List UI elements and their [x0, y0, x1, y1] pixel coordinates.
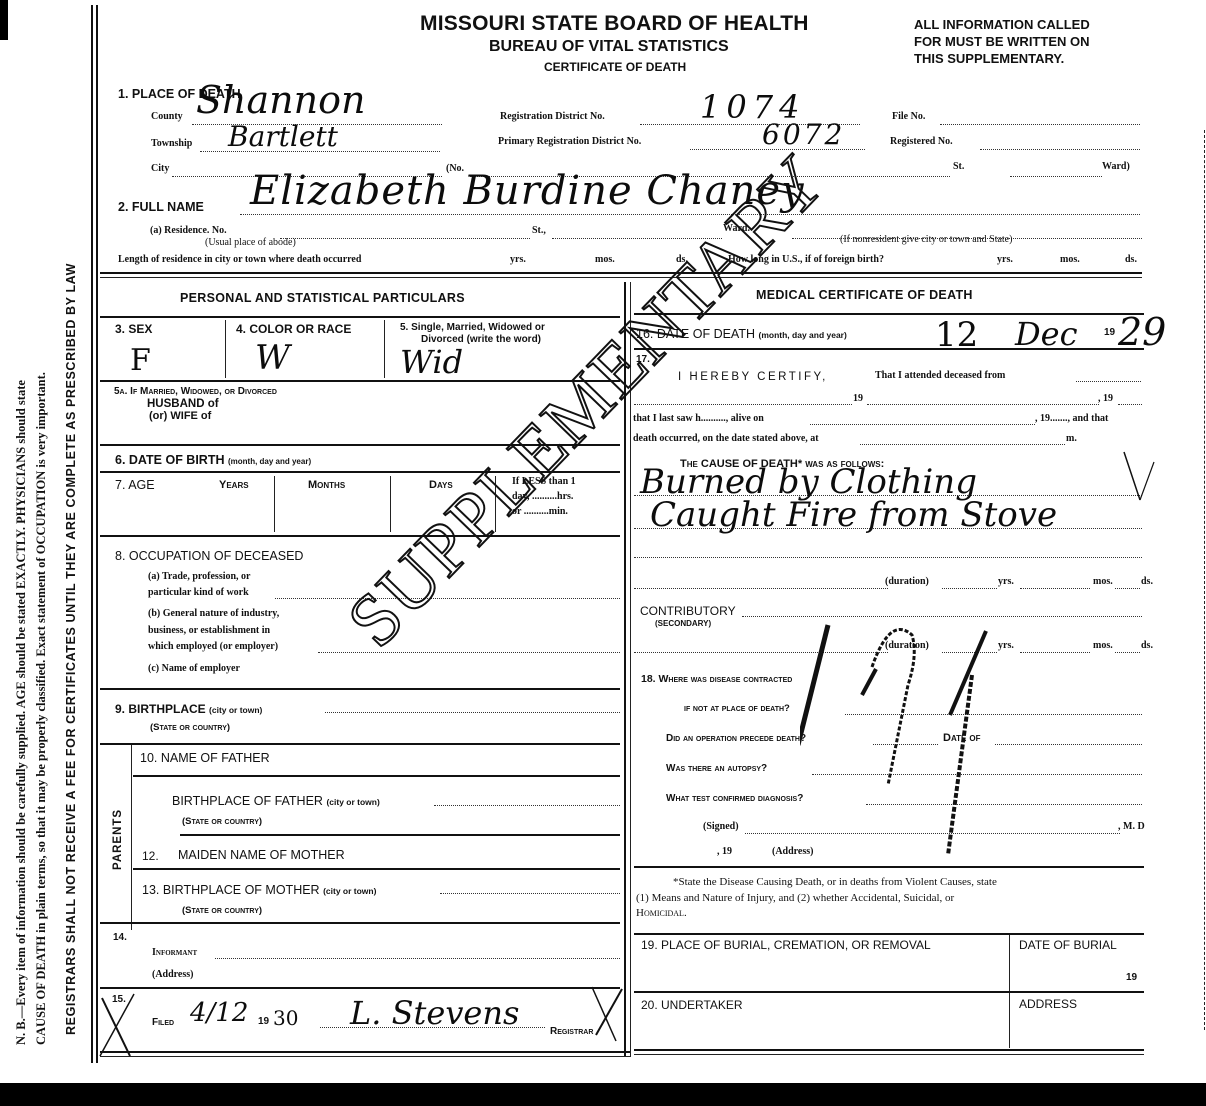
- informant-address-label: (Address): [152, 969, 193, 980]
- race-marital-divider: [384, 320, 385, 378]
- father-birthplace-line: [434, 805, 620, 806]
- length-mos: mos.: [595, 254, 615, 265]
- contributory-label: CONTRIBUTORY: [640, 604, 736, 618]
- occ-b-2: business, or establishment in: [148, 625, 270, 636]
- notice-line-3: THIS SUPPLEMENTARY.: [914, 50, 1090, 67]
- cause-mos: mos.: [1093, 576, 1113, 587]
- medical-divider-5: [634, 991, 1144, 993]
- medical-divider-3: [634, 866, 1144, 868]
- city-label: City: [151, 163, 169, 174]
- medical-divider-7: [634, 1054, 1144, 1055]
- personal-divider-5: [100, 535, 620, 537]
- birthplace-state-label: (State or country): [150, 722, 230, 733]
- residence-line: [280, 238, 530, 239]
- registered-no-line: [980, 149, 1140, 150]
- cause-yrs-line: [942, 588, 997, 589]
- mother-name-num: 12.: [142, 849, 159, 863]
- reg-district-label: Registration District No.: [500, 111, 605, 122]
- cause-value-2[interactable]: Caught Fire from Stove: [650, 495, 1057, 535]
- personal-divider-1: [100, 316, 620, 318]
- contributory-yrs: yrs.: [998, 640, 1014, 651]
- mother-name-label: MAIDEN NAME OF MOTHER: [178, 848, 345, 862]
- scan-edge-mark: [0, 0, 8, 40]
- file-no-line: [940, 124, 1140, 125]
- mother-birthplace-line: [440, 893, 620, 894]
- filed-date-value[interactable]: 4/12: [190, 998, 248, 1028]
- personal-divider-8: [100, 922, 620, 924]
- contracted-label: 18. Where was disease contracted: [641, 673, 792, 685]
- personal-divider-6: [100, 688, 620, 690]
- parents-divider-2: [180, 834, 620, 836]
- x-mark-left-icon: [98, 990, 140, 1060]
- certify-line-4: [1118, 404, 1142, 405]
- months-label: Months: [308, 479, 345, 491]
- signed-label: (Signed): [703, 821, 739, 832]
- certify-text-4: death occurred, on the date stated above…: [633, 433, 819, 444]
- medical-divider-4: [634, 933, 1144, 935]
- contributory-ds-line: [1115, 652, 1140, 653]
- county-value[interactable]: Shannon: [196, 78, 365, 122]
- cause-line-3: [634, 557, 1142, 558]
- informant-num: 14.: [113, 932, 127, 943]
- age-label: 7. AGE: [115, 478, 155, 492]
- registrar-signature: L. Stevens: [350, 994, 519, 1032]
- burial-date-label: DATE OF BURIAL: [1019, 938, 1117, 952]
- md-label: , M. D: [1118, 821, 1145, 832]
- years-label: Years: [219, 479, 249, 491]
- spouse-label-2: HUSBAND of: [147, 398, 219, 410]
- filed-year-prefix: 19: [258, 1016, 269, 1027]
- residence-sub-label: (Usual place of abode): [205, 237, 296, 248]
- certify-line-1: [1076, 381, 1141, 382]
- age-divider-2: [390, 476, 391, 532]
- personal-divider-10: [100, 1051, 630, 1053]
- birthplace-label: 9. BIRTHPLACE (city or town): [115, 702, 262, 716]
- burial-label: 19. PLACE OF BURIAL, CREMATION, OR REMOV…: [641, 938, 931, 952]
- header-divider-1: [100, 272, 1142, 274]
- undertaker-address-label: ADDRESS: [1019, 997, 1077, 1011]
- autopsy-label: Was there an autopsy?: [666, 763, 767, 774]
- dod-year-prefix: 19: [1104, 327, 1115, 338]
- certify-year-1: 19: [853, 393, 863, 404]
- marital-label-1: 5. Single, Married, Widowed or: [400, 322, 545, 333]
- cause-duration-label: (duration): [885, 576, 929, 587]
- residence-st-label: St.,: [532, 225, 546, 236]
- cause-yrs: yrs.: [998, 576, 1014, 587]
- race-label: 4. COLOR OR RACE: [236, 322, 351, 336]
- footnote-line-3: Homicidal.: [636, 906, 1151, 922]
- spouse-label-1: 5a. If Married, Widowed, or Divorced: [114, 386, 277, 397]
- personal-divider-9: [100, 987, 620, 989]
- occ-c: (c) Name of employer: [148, 663, 240, 674]
- file-no-label: File No.: [892, 111, 925, 122]
- check-mark-icon: [1118, 450, 1158, 520]
- notice-line-1: ALL INFORMATION CALLED: [914, 16, 1090, 33]
- city-st-label: St.: [953, 161, 964, 172]
- cause-ds-line: [1115, 588, 1140, 589]
- father-birthplace-label: BIRTHPLACE OF FATHER (city or town): [172, 794, 380, 808]
- foreign-ds: ds.: [1125, 254, 1137, 265]
- certify-line-2: [634, 404, 852, 405]
- certify-text-2: that I last saw h.........., alive on: [633, 413, 764, 424]
- marital-value[interactable]: Wid: [400, 343, 463, 381]
- cause-mos-line: [1020, 588, 1090, 589]
- cause-duration-line: [634, 588, 888, 589]
- full-name-label: 2. FULL NAME: [118, 200, 204, 214]
- registered-no-label: Registered No.: [890, 136, 953, 147]
- personal-divider-7: [100, 743, 620, 745]
- margin-note-line-3: REGISTRARS SHALL NOT RECEIVE A FEE FOR C…: [64, 35, 78, 1035]
- contributory-sub: (SECONDARY): [655, 619, 711, 628]
- certify-line-5: [810, 424, 1035, 425]
- header-divider-2: [100, 277, 1142, 278]
- frame-left-inner: [96, 5, 98, 1063]
- certify-year-2: , 19: [1098, 393, 1113, 404]
- sex-race-divider: [225, 320, 226, 378]
- occupation-label: 8. OCCUPATION OF DECEASED: [115, 549, 303, 563]
- parents-divider-3: [133, 868, 620, 870]
- township-value[interactable]: Bartlett: [228, 120, 338, 153]
- spouse-label-3: (or) WIFE of: [149, 410, 211, 422]
- mother-birthplace-label: 13. BIRTHPLACE OF MOTHER (city or town): [142, 883, 376, 897]
- occ-b-3: which employed (or employer): [148, 641, 278, 652]
- scan-bottom-band: [0, 1083, 1206, 1106]
- not-place-label: if not at place of death?: [684, 703, 790, 714]
- primary-reg-label: Primary Registration District No.: [498, 136, 641, 147]
- nonresident-note: (If nonresident give city or town and St…: [840, 234, 1012, 245]
- notice-line-2: FOR MUST BE WRITTEN ON: [914, 33, 1090, 50]
- margin-note-line-1: N. B.—Every item of information should b…: [14, 45, 29, 1045]
- medical-divider-6: [634, 1049, 1144, 1051]
- medical-section-title: MEDICAL CERTIFICATE OF DEATH: [756, 288, 973, 302]
- race-value[interactable]: W: [255, 338, 290, 378]
- cause-footnote: *State the Disease Causing Death, or in …: [636, 875, 1151, 922]
- burial-year: 19: [1126, 972, 1137, 983]
- full-name-line: [240, 214, 1140, 215]
- occ-b-1: (b) General nature of industry,: [148, 608, 279, 619]
- test-label: What test confirmed diagnosis?: [666, 793, 803, 804]
- date-of-line: [995, 744, 1142, 745]
- birthplace-line: [325, 712, 620, 713]
- father-name-label: 10. NAME OF FATHER: [140, 751, 270, 765]
- foreign-yrs: yrs.: [997, 254, 1013, 265]
- informant-label: Informant: [152, 947, 197, 958]
- contributory-mos-line: [1020, 652, 1090, 653]
- cause-ds: ds.: [1141, 576, 1153, 587]
- filed-label: Filed: [152, 1017, 174, 1028]
- footnote-line-1: *State the Disease Causing Death, or in …: [636, 875, 1151, 891]
- margin-note-line-2: CAUSE OF DEATH in plain terms, so that i…: [34, 45, 49, 1045]
- residence-label: (a) Residence. No.: [150, 225, 227, 236]
- personal-section-title: PERSONAL AND STATISTICAL PARTICULARS: [180, 291, 465, 305]
- operation-label: Did an operation precede death?: [666, 733, 806, 744]
- ink-stamp-marks-icon: [800, 595, 1000, 855]
- personal-divider-11: [100, 1056, 630, 1057]
- page-title: MISSOURI STATE BOARD OF HEALTH: [420, 12, 809, 36]
- contributory-mos: mos.: [1093, 640, 1113, 651]
- foreign-mos: mos.: [1060, 254, 1080, 265]
- form-name: CERTIFICATE OF DEATH: [544, 60, 686, 74]
- occ-b-line: [318, 652, 620, 653]
- length-yrs: yrs.: [510, 254, 526, 265]
- city-ward-line: [1010, 176, 1102, 177]
- township-label: Township: [151, 138, 192, 149]
- informant-line: [215, 958, 620, 959]
- length-residence-label: Length of residence in city or town wher…: [118, 254, 361, 265]
- supplementary-notice: ALL INFORMATION CALLED FOR MUST BE WRITT…: [914, 16, 1090, 67]
- filed-year-value[interactable]: 30: [273, 1006, 298, 1030]
- certify-label: I HEREBY CERTIFY,: [678, 371, 828, 383]
- county-label: County: [151, 111, 183, 122]
- frame-right: [1204, 130, 1205, 1030]
- certify-line-6: [860, 444, 1065, 445]
- certify-text-1: That I attended deceased from: [875, 370, 1005, 381]
- supplementary-watermark: SUPPLEMENTARY: [331, 138, 843, 664]
- undertaker-label: 20. UNDERTAKER: [641, 998, 743, 1012]
- signed-year-label: , 19: [717, 846, 732, 857]
- dob-label: 6. DATE OF BIRTH (month, day and year): [115, 453, 311, 467]
- sex-label: 3. SEX: [115, 322, 152, 336]
- contributory-ds: ds.: [1141, 640, 1153, 651]
- parents-label: PARENTS: [112, 809, 124, 870]
- parents-divider-1: [133, 775, 620, 777]
- certify-m: m.: [1066, 433, 1077, 444]
- parents-divider: [131, 745, 132, 930]
- city-ward-label: Ward): [1102, 161, 1130, 172]
- bureau-title: BUREAU OF VITAL STATISTICS: [489, 38, 729, 56]
- certify-line-3: [867, 404, 1099, 405]
- occ-a-2: particular kind of work: [148, 587, 249, 598]
- personal-divider-2: [100, 380, 620, 382]
- certify-text-3: , 19......., and that: [1035, 413, 1108, 424]
- footnote-line-2: (1) Means and Nature of Injury, and (2) …: [636, 891, 1151, 907]
- x-mark-right-icon: [582, 985, 627, 1045]
- medical-divider-2: [634, 348, 1144, 350]
- father-state-label: (State or country): [182, 816, 262, 827]
- occ-a-1: (a) Trade, profession, or: [148, 571, 251, 582]
- frame-left-outer: [91, 5, 93, 1063]
- sex-value[interactable]: F: [130, 343, 151, 378]
- age-divider-1: [274, 476, 275, 532]
- mother-state-label: (State or country): [182, 905, 262, 916]
